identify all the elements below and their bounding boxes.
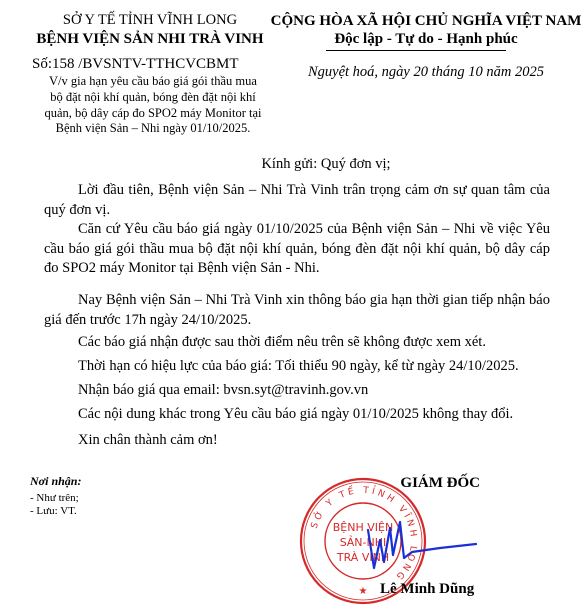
agency-name: SỞ Y TẾ TỈNH VĨNH LONG bbox=[20, 12, 280, 29]
document-number: Số:158 /BVSNTV-TTHCVCBMT bbox=[32, 55, 239, 73]
recipient-item: - Lưu: VT. bbox=[30, 505, 77, 518]
line-late-quotes: Các báo giá nhận được sau thời điểm nêu … bbox=[78, 333, 486, 351]
signer-name: Lê Minh Dũng bbox=[380, 580, 474, 598]
national-motto: Độc lập - Tự do - Hạnh phúc bbox=[270, 30, 582, 48]
subject-line: bộ đặt nội khí quản, bóng đèn đặt nội kh… bbox=[28, 90, 278, 106]
national-title: CỘNG HÒA XÃ HỘI CHỦ NGHĨA VIỆT NAM bbox=[270, 12, 582, 30]
motto-underline bbox=[326, 50, 506, 51]
subject-line: Bệnh viện Sản – Nhi ngày 01/10/2025. bbox=[28, 121, 278, 137]
line-unchanged: Các nội dung khác trong Yêu cầu báo giá … bbox=[78, 405, 513, 423]
signer-position: GIÁM ĐỐC bbox=[356, 474, 480, 492]
paragraph-basis: Căn cứ Yêu cầu báo giá ngày 01/10/2025 c… bbox=[44, 220, 550, 279]
svg-text:★: ★ bbox=[359, 586, 368, 597]
line-validity: Thời hạn có hiệu lực của báo giá: Tối th… bbox=[78, 357, 519, 375]
closing-line: Xin chân thành cảm ơn! bbox=[78, 431, 218, 449]
paragraph-thanks: Lời đầu tiên, Bệnh viện Sản – Nhi Trà Vi… bbox=[44, 181, 550, 220]
paragraph-extension: Nay Bệnh viện Sản – Nhi Trà Vinh xin thô… bbox=[44, 291, 550, 330]
hospital-name: BỆNH VIỆN SẢN NHI TRÀ VINH bbox=[20, 30, 280, 48]
recipients-title: Nơi nhận: bbox=[30, 474, 81, 489]
signature-scribble-icon bbox=[360, 510, 480, 580]
recipient-item: - Như trên; bbox=[30, 492, 79, 505]
document-subject: V/v gia hạn yêu cầu báo giá gói thầu mua… bbox=[28, 74, 278, 137]
salutation: Kính gửi: Quý đơn vị; bbox=[0, 155, 582, 173]
subject-line: V/v gia hạn yêu cầu báo giá gói thầu mua bbox=[28, 74, 278, 90]
subject-line: quản, bộ dây cáp đo SPO2 máy Monitor tại bbox=[28, 106, 278, 122]
handwritten-signature bbox=[360, 510, 480, 580]
line-email: Nhận báo giá qua email: bvsn.syt@travinh… bbox=[78, 381, 368, 399]
place-date: Nguyệt hoá, ngày 20 tháng 10 năm 2025 bbox=[270, 63, 582, 81]
